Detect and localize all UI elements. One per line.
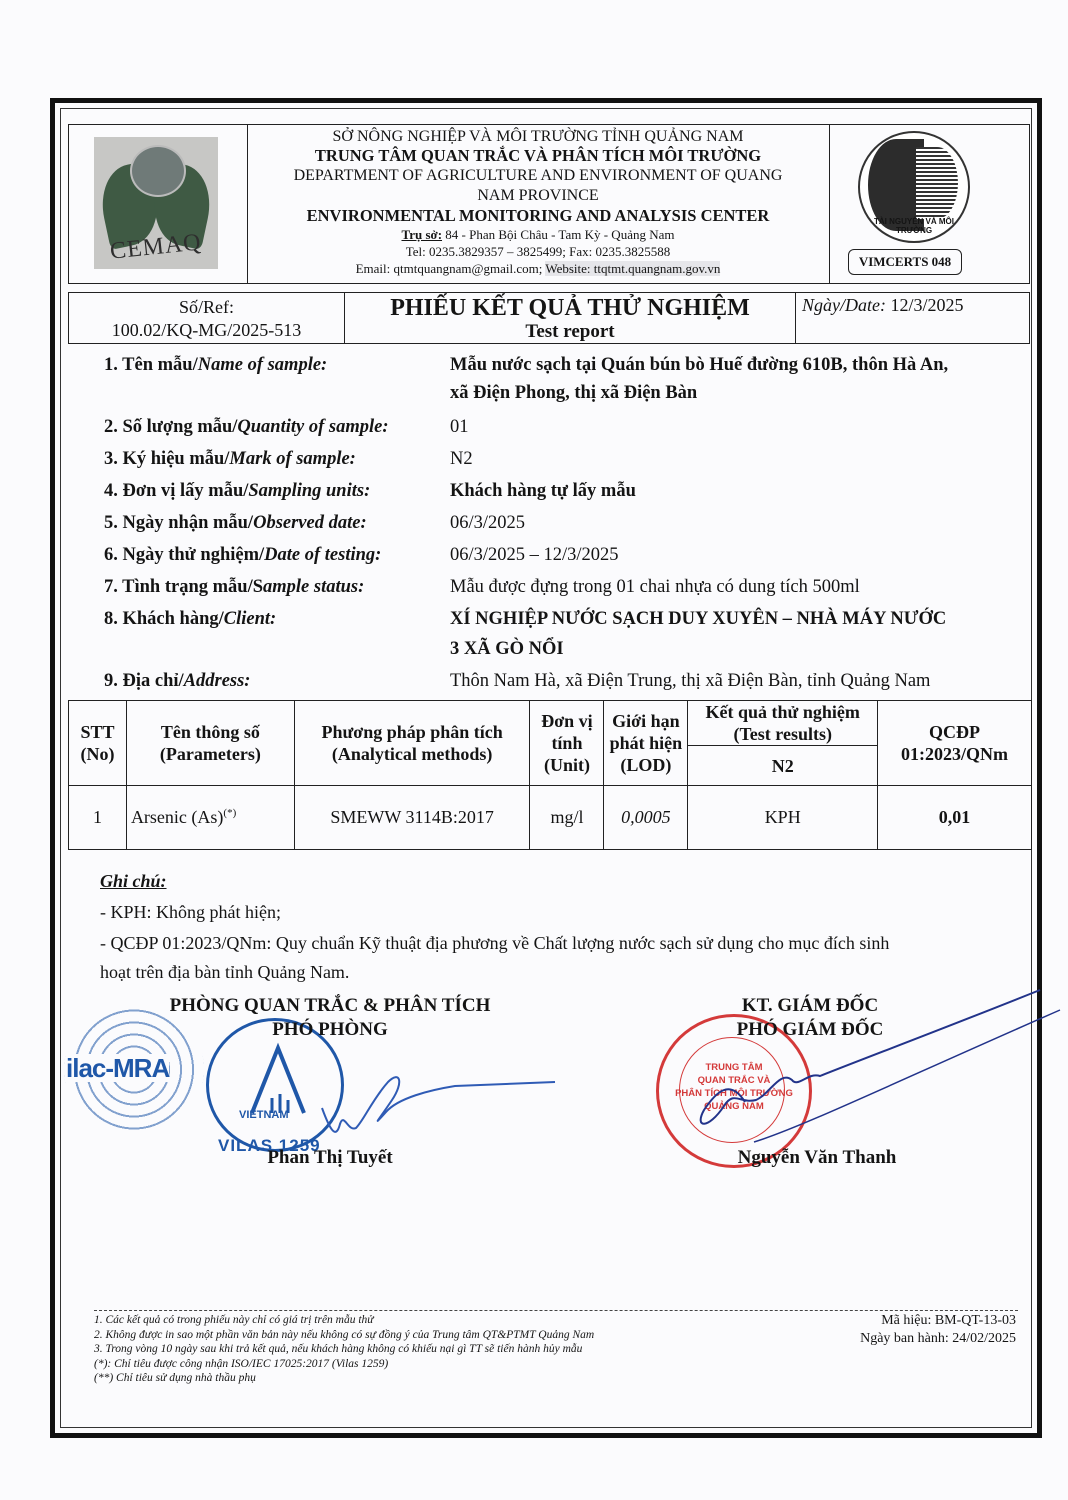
signature-left	[322, 1077, 555, 1132]
issue-date: Ngày ban hành: 24/02/2025	[860, 1330, 1016, 1348]
form-info: Mã hiệu: BM-QT-13-03 Ngày ban hành: 24/0…	[860, 1312, 1016, 1348]
signature-right-tail	[754, 1010, 1060, 1142]
footer-note: (**) Chỉ tiêu sử dụng nhà thầu phụ	[94, 1371, 1018, 1386]
form-code: Mã hiệu: BM-QT-13-03	[860, 1312, 1016, 1330]
footer-note: (*): Chỉ tiêu được công nhận ISO/IEC 170…	[94, 1357, 1018, 1372]
handwritten-signatures	[0, 0, 1068, 1500]
signature-right	[701, 990, 1040, 1124]
